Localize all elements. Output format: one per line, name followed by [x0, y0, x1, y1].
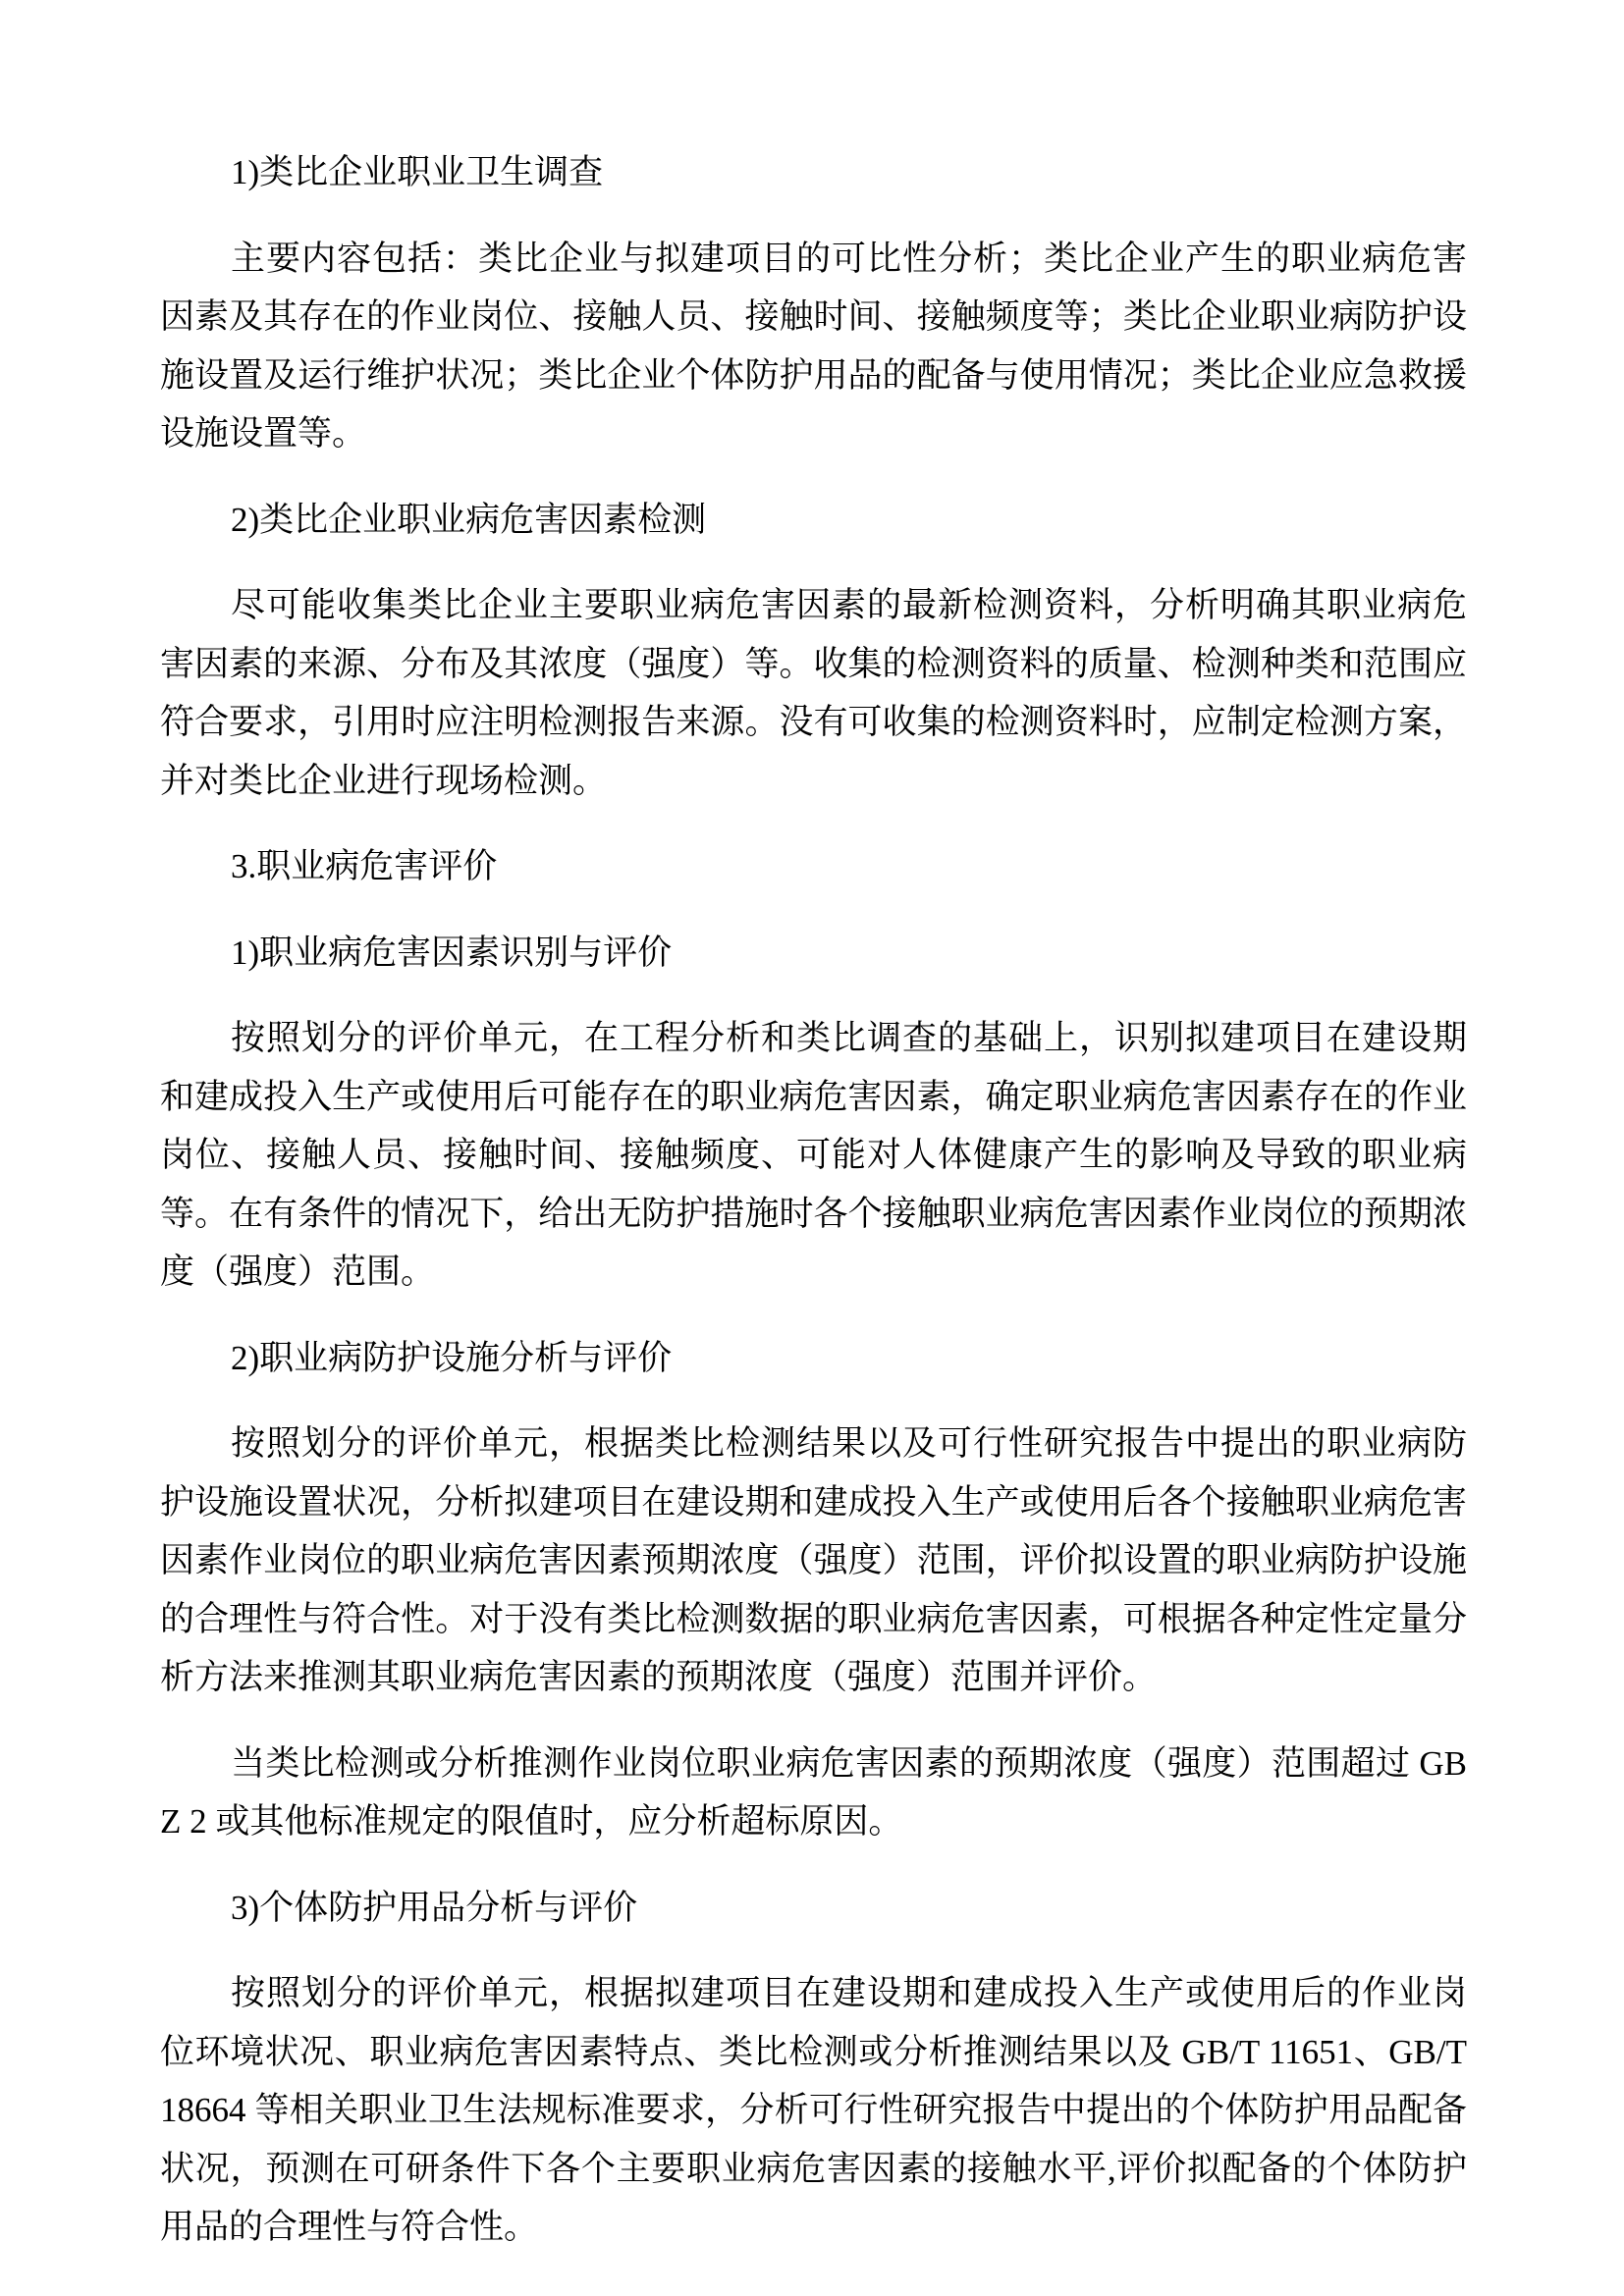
document-body: 1)类比企业职业卫生调查主要内容包括：类比企业与拟建项目的可比性分析；类比企业产… [160, 143, 1467, 2257]
section-heading: 1)职业病危害因素识别与评价 [160, 924, 1467, 983]
body-paragraph: 按照划分的评价单元，根据拟建项目在建设期和建成投入生产或使用后的作业岗位环境状况… [160, 1964, 1467, 2257]
section-heading: 2)职业病防护设施分析与评价 [160, 1329, 1467, 1388]
body-paragraph: 尽可能收集类比企业主要职业病危害因素的最新检测资料，分析明确其职业病危害因素的来… [160, 576, 1467, 810]
document-page: 1)类比企业职业卫生调查主要内容包括：类比企业与拟建项目的可比性分析；类比企业产… [0, 0, 1624, 2296]
section-heading: 3)个体防护用品分析与评价 [160, 1879, 1467, 1938]
section-heading: 3.职业病危害评价 [160, 837, 1467, 896]
body-paragraph: 主要内容包括：类比企业与拟建项目的可比性分析；类比企业产生的职业病危害因素及其存… [160, 230, 1467, 463]
body-paragraph: 当类比检测或分析推测作业岗位职业病危害因素的预期浓度（强度）范围超过 GBZ 2… [160, 1735, 1467, 1851]
body-paragraph: 按照划分的评价单元，在工程分析和类比调查的基础上，识别拟建项目在建设期和建成投入… [160, 1009, 1467, 1302]
body-paragraph: 按照划分的评价单元，根据类比检测结果以及可行性研究报告中提出的职业病防护设施设置… [160, 1415, 1467, 1707]
section-heading: 1)类比企业职业卫生调查 [160, 143, 1467, 202]
section-heading: 2)类比企业职业病危害因素检测 [160, 491, 1467, 550]
